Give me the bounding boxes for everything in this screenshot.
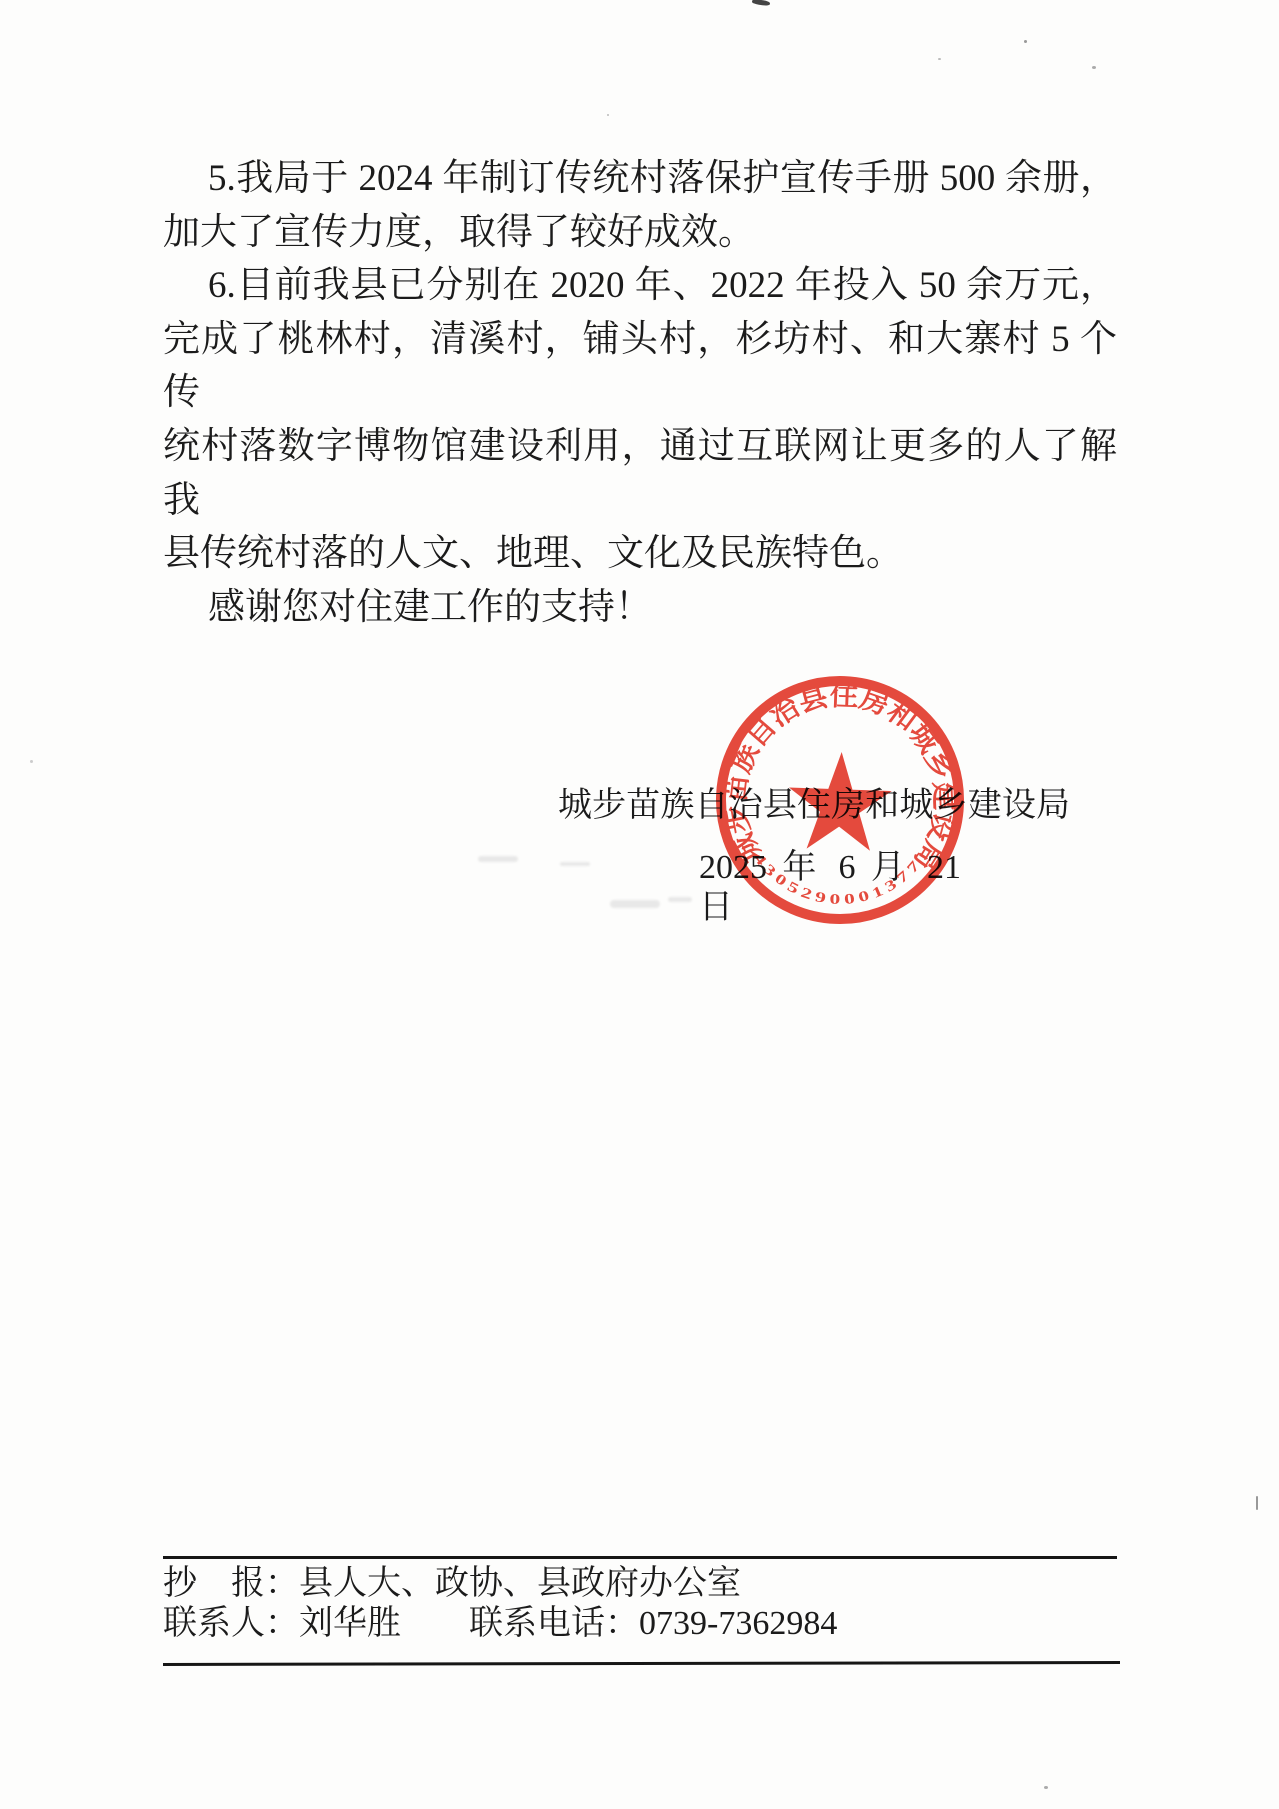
scan-artifact: [752, 0, 771, 6]
body-line-4: 完成了桃林村，清溪村，铺头村，杉坊村、和大寨村 5 个传: [163, 313, 1117, 420]
body-line-2: 加大了宣传力度，取得了较好成效。: [163, 206, 1117, 260]
scan-artifact: [607, 114, 609, 116]
footer-divider-top: [163, 1556, 1117, 1559]
body-line-5: 统村落数字博物馆建设利用，通过互联网让更多的人了解我: [163, 420, 1117, 527]
footer-block: 抄 报：县人大、政协、县政府办公室 联系人：刘华胜 联系电话：0739-7362…: [163, 1556, 1117, 1665]
body-line-7: 感谢您对住建工作的支持！: [163, 581, 1117, 635]
scan-artifact: [30, 760, 33, 763]
body-line-3: 6.目前我县已分别在 2020 年、2022 年投入 50 余万元，: [163, 259, 1117, 313]
official-seal: 城步苗族自治县住房和城乡建设局 4305290001377: [707, 667, 974, 934]
scan-smudge: [560, 862, 590, 866]
footer-divider-bottom: [163, 1661, 1120, 1666]
body-line-1: 5.我局于 2024 年制订传统村落保护宣传手册 500 余册，: [163, 152, 1117, 206]
footer-contact-line: 联系人：刘华胜 联系电话：0739-7362984: [163, 1604, 1117, 1644]
scan-smudge: [610, 900, 660, 908]
scan-artifact: [1024, 40, 1027, 43]
scan-artifact: [1092, 66, 1096, 69]
seal-star-icon: [787, 750, 893, 851]
scan-artifact: [1044, 1786, 1048, 1789]
scan-artifact: [1256, 1496, 1258, 1510]
body-line-6: 县传统村落的人文、地理、文化及民族特色。: [163, 527, 1117, 581]
document-page: 5.我局于 2024 年制订传统村落保护宣传手册 500 余册， 加大了宣传力度…: [0, 0, 1279, 1809]
scan-artifact: [938, 58, 941, 60]
letter-body: 5.我局于 2024 年制订传统村落保护宣传手册 500 余册， 加大了宣传力度…: [163, 152, 1117, 634]
footer-copy-line: 抄 报：县人大、政协、县政府办公室: [163, 1564, 1117, 1604]
scan-smudge: [478, 856, 518, 862]
scan-smudge: [668, 897, 692, 902]
